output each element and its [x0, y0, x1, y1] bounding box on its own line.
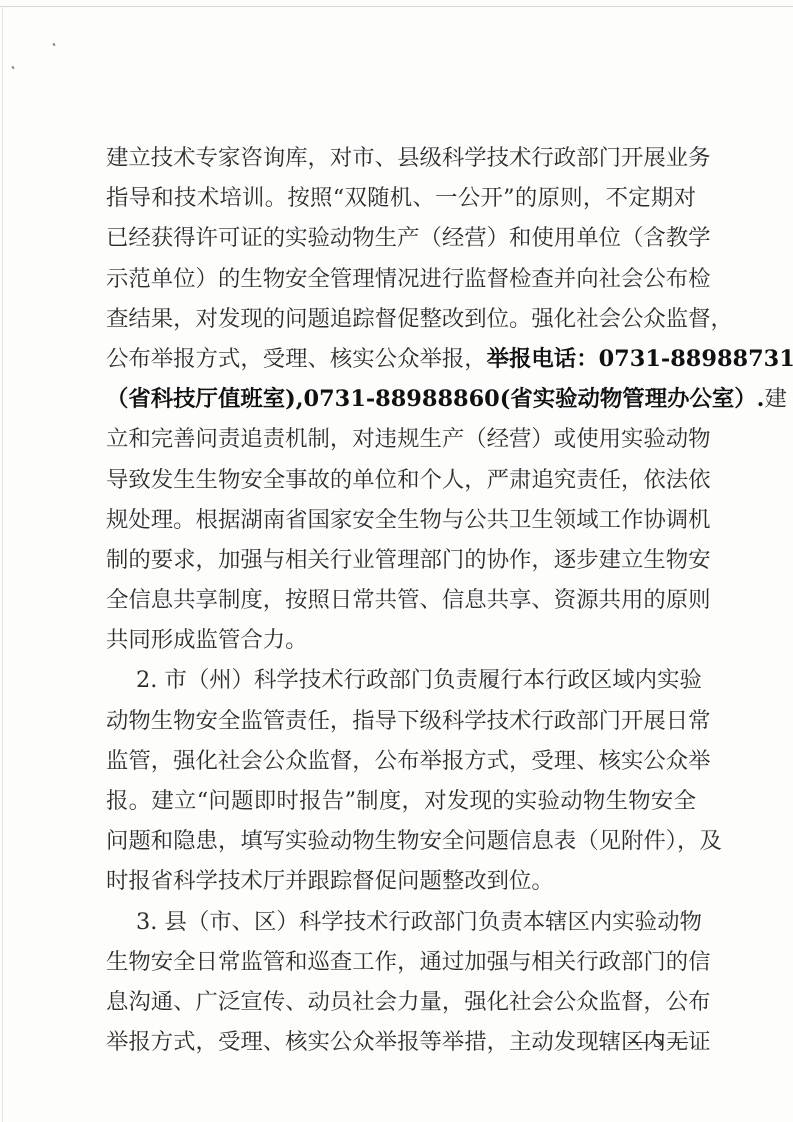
text-line: 建立技术专家咨询库，对市、县级科学技术行政部门开展业务	[106, 138, 696, 178]
scan-edge-left	[2, 6, 3, 1122]
text-line: 查结果，对发现的问题追踪督促整改到位。强化社会公众监督，	[106, 299, 696, 339]
scan-edge-top	[0, 6, 793, 7]
text-line: 导致发生生物安全事故的单位和个人，严肃追究责任，依法依	[106, 460, 696, 500]
text-line: 指导和技术培训。按照“双随机、一公开”的原则，不定期对	[106, 178, 696, 218]
paragraph-2: 2. 市（州）科学技术行政部门负责履行本行政区域内实验 动物生物安全监管责任，指…	[106, 660, 696, 901]
text-line: 息沟通、广泛宣传、动员社会力量，强化社会公众监督，公布	[106, 982, 696, 1022]
text-line: 2. 市（州）科学技术行政部门负责履行本行政区域内实验	[106, 660, 696, 700]
paragraph-3: 3. 县（市、区）科学技术行政部门负责本辖区内实验动物 生物安全日常监管和巡查工…	[106, 902, 696, 1063]
text-line: 问题和隐患，填写实验动物生物安全问题信息表（见附件），及	[106, 821, 696, 861]
scan-speck	[52, 43, 55, 47]
text-line-report-phone: 公布举报方式，受理、核实公众举报，举报电话：0731-88988731	[106, 339, 696, 379]
text-span: 公布举报方式，受理、核实公众举报，	[106, 346, 487, 372]
text-line: 已经获得许可证的实验动物生产（经营）和使用单位（含教学	[106, 218, 696, 258]
text-line: 举报方式，受理、核实公众举报等举措，主动发现辖区内无证	[106, 1022, 696, 1062]
text-line: 制的要求，加强与相关行业管理部门的协作，逐步建立生物安	[106, 540, 696, 580]
page-number: — 5 —	[622, 1030, 694, 1053]
text-line: 生物安全日常监管和巡查工作，通过加强与相关行政部门的信	[106, 942, 696, 982]
text-line: 报。建立“问题即时报告”制度，对发现的实验动物生物安全	[106, 781, 696, 821]
report-phone-2: （省科技厅值班室),0731-88988860(省实验动物管理办公室）.	[106, 386, 764, 412]
scan-speck	[11, 66, 14, 70]
text-line: 全信息共享制度，按照日常共管、信息共享、资源共用的原则	[106, 580, 696, 620]
text-span: 建	[764, 386, 786, 412]
text-line-report-phone-2: （省科技厅值班室),0731-88988860(省实验动物管理办公室）.建	[106, 379, 696, 419]
report-phone-label: 举报电话：0731-88988731	[487, 346, 793, 372]
text-line: 动物生物安全监管责任，指导下级科学技术行政部门开展日常	[106, 701, 696, 741]
paragraph-1: 建立技术专家咨询库，对市、县级科学技术行政部门开展业务 指导和技术培训。按照“双…	[106, 138, 696, 660]
document-body: 建立技术专家咨询库，对市、县级科学技术行政部门开展业务 指导和技术培训。按照“双…	[106, 138, 696, 1062]
text-line: 时报省科学技术厅并跟踪督促问题整改到位。	[106, 861, 696, 901]
text-line: 监管，强化社会公众监督，公布举报方式，受理、核实公众举	[106, 741, 696, 781]
text-line: 立和完善问责追责机制，对违规生产（经营）或使用实验动物	[106, 419, 696, 459]
text-line: 示范单位）的生物安全管理情况进行监督检查并向社会公布检	[106, 259, 696, 299]
text-line: 共同形成监管合力。	[106, 620, 696, 660]
text-line: 规处理。根据湖南省国家安全生物与公共卫生领域工作协调机	[106, 500, 696, 540]
text-line: 3. 县（市、区）科学技术行政部门负责本辖区内实验动物	[106, 902, 696, 942]
